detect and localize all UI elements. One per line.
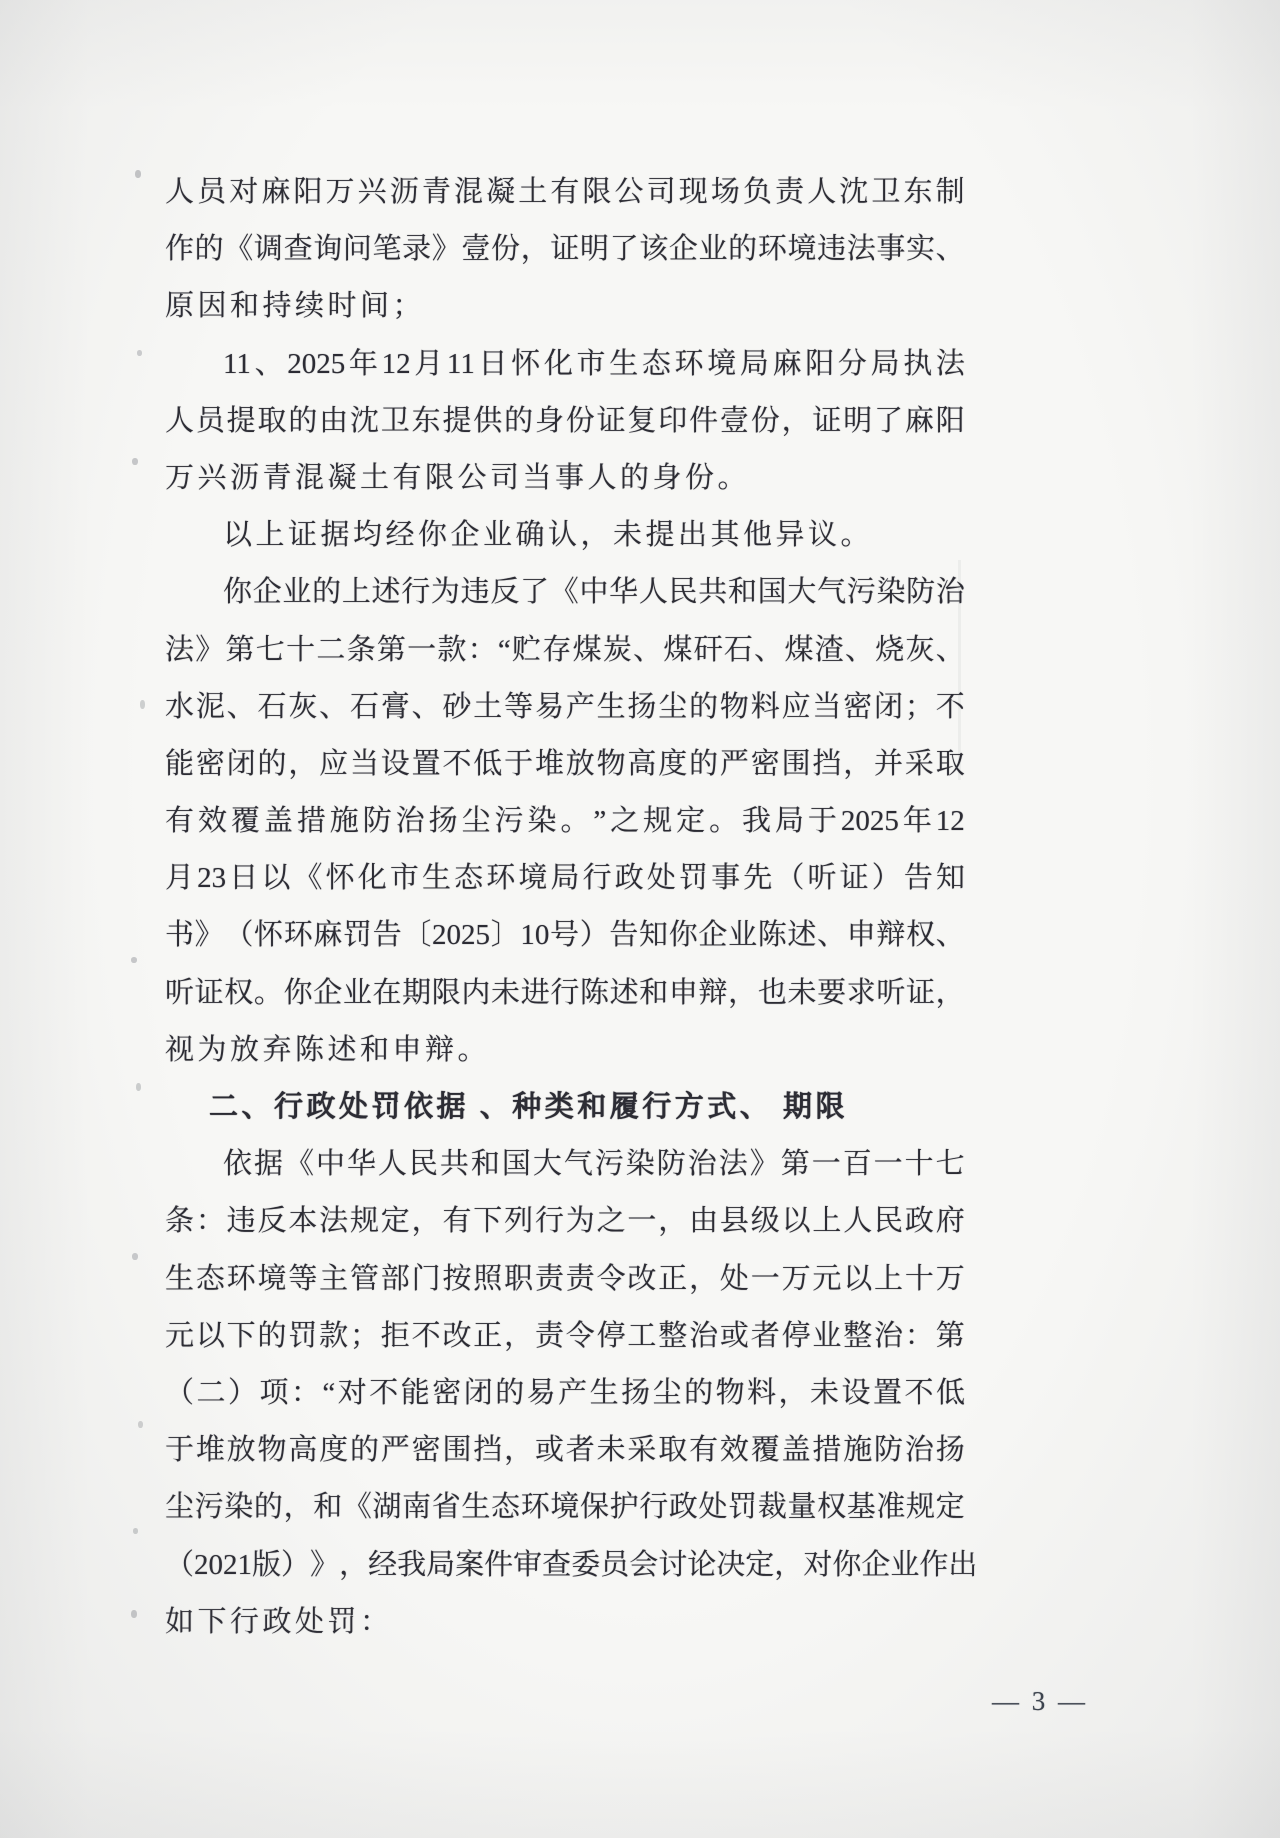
text-line: 原因和持续时间； [165,278,965,335]
scan-speck [136,1083,141,1091]
scan-speck [140,700,145,709]
text-line: （二）项：“对不能密闭的易产生扬尘的物料，未设置不低 [165,1365,965,1422]
scan-speck [135,170,141,178]
page-number: — 3 — [992,1686,1088,1717]
scan-speck [131,1610,137,1618]
scan-speck [132,1253,138,1260]
scan-speck [138,1421,143,1428]
text-line: 条：违反本法规定，有下列行为之一，由县级以上人民政府 [165,1193,965,1250]
text-line: 视为放弃陈述和申辩。 [165,1022,965,1079]
scanned-document-page: { "colors": { "paper": "#f7f7f5", "ink":… [0,0,1280,1838]
text-line: 人员提取的由沈卫东提供的身份证复印件壹份，证明了麻阳 [165,393,965,450]
scan-speck [131,957,137,963]
text-line: 水泥、石灰、石膏、砂土等易产生扬尘的物料应当密闭；不 [165,679,965,736]
text-line: 万兴沥青混凝土有限公司当事人的身份。 [165,450,965,507]
text-line: 依据《中华人民共和国大气污染防治法》第一百一十七 [165,1136,965,1193]
section-heading: 二、行政处罚依据 、种类和履行方式、 期限 [165,1079,965,1136]
document-text-block: 人员对麻阳万兴沥青混凝土有限公司现场负责人沈卫东制 作的《调查询问笔录》壹份，证… [165,164,965,1651]
text-line: 你企业的上述行为违反了《中华人民共和国大气污染防治 [165,564,965,621]
text-line: 人员对麻阳万兴沥青混凝土有限公司现场负责人沈卫东制 [165,164,965,221]
text-line: 尘污染的，和《湖南省生态环境保护行政处罚裁量权基准规定 [165,1479,965,1536]
scan-speck [133,1528,138,1534]
text-line: 生态环境等主管部门按照职责责令改正，处一万元以上十万 [165,1251,965,1308]
text-line: 法》第七十二条第一款：“贮存煤炭、煤矸石、煤渣、烧灰、 [165,622,965,679]
text-line: 月23日以《怀化市生态环境局行政处罚事先（听证）告知 [165,850,965,907]
text-line: （2021版）》，经我局案件审查委员会讨论决定，对你企业作出 [165,1537,965,1594]
text-line: 于堆放物高度的严密围挡，或者未采取有效覆盖措施防治扬 [165,1422,965,1479]
text-line: 听证权。你企业在期限内未进行陈述和申辩，也未要求听证， [165,965,965,1022]
text-line: 元以下的罚款；拒不改正，责令停工整治或者停业整治：第 [165,1308,965,1365]
text-line: 能密闭的，应当设置不低于堆放物高度的严密围挡，并采取 [165,736,965,793]
text-line: 有效覆盖措施防治扬尘污染。”之规定。我局于2025年12 [165,793,965,850]
scan-speck [137,350,142,356]
text-line: 如下行政处罚： [165,1594,965,1651]
text-line: 以上证据均经你企业确认，未提出其他异议。 [165,507,965,564]
text-line: 书》（怀环麻罚告〔2025〕10号）告知你企业陈述、申辩权、 [165,907,965,964]
text-line: 11、2025年12月11日怀化市生态环境局麻阳分局执法 [165,336,965,393]
scan-speck [132,458,138,465]
text-line: 作的《调查询问笔录》壹份，证明了该企业的环境违法事实、 [165,221,965,278]
